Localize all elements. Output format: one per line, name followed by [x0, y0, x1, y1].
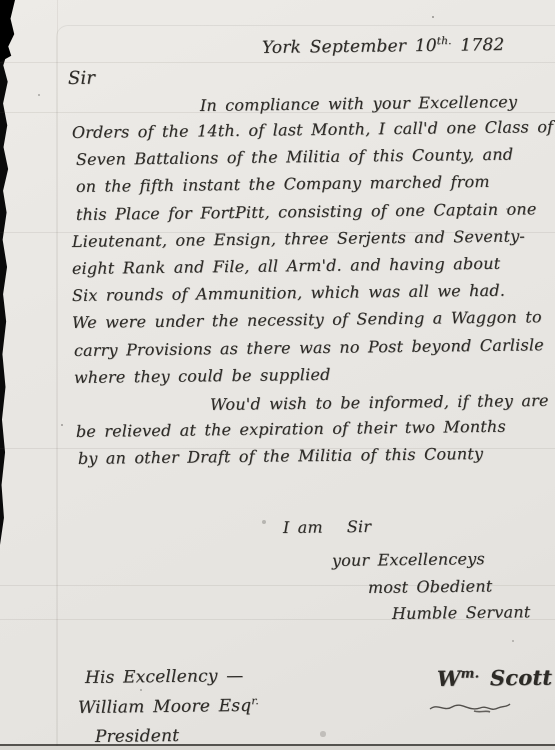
dateline-year: 1782	[460, 35, 504, 56]
body-line: Seven Battalions of the Militia of this …	[76, 145, 514, 169]
recipient-excellency: His Excellency —	[85, 666, 244, 688]
body-line: this Place for FortPitt, consisting of o…	[76, 199, 537, 224]
body-line: eight Rank and File, all Arm'd. and havi…	[72, 254, 501, 278]
paper-specks	[0, 0, 2, 2]
dateline-main: York September 10	[262, 36, 437, 58]
scanner-edge-artifact-left	[0, 0, 11, 545]
recipient-title: President	[95, 726, 180, 747]
signature: Wm. Scott	[437, 665, 553, 691]
body-line: Lieutenant, one Ensign, three Serjents a…	[72, 226, 525, 251]
body-line: Six rounds of Ammunition, which was all …	[72, 281, 505, 305]
body-line: Orders of the 14th. of last Month, I cal…	[72, 117, 554, 142]
dateline-ordinal: th.	[437, 35, 452, 47]
recipient-name-suffix: r.	[251, 695, 259, 707]
closing-sir: Sir	[347, 517, 372, 536]
closing-i-am: I am	[283, 518, 323, 537]
closing-line: most Obedient	[368, 576, 493, 597]
salutation: Sir	[68, 68, 96, 89]
scanner-edge-artifact-top-left	[0, 0, 15, 62]
scanner-edge-strip-bottom	[0, 746, 555, 750]
signature-initial: W	[437, 666, 461, 691]
body-line: In compliance with your Excellencey	[200, 92, 517, 115]
signature-flourish	[428, 699, 512, 715]
dateline: York September 10th. 1782	[262, 35, 505, 58]
recipient-name-main: William Moore Esq	[78, 696, 252, 718]
closing-i-am-sir: I amSir	[283, 517, 371, 537]
body-line: Wou'd wish to be informed, if they are t…	[210, 391, 555, 414]
body-line: carry Provisions as there was no Post be…	[74, 335, 544, 360]
body-line: be relieved at the expiration of their t…	[76, 417, 506, 441]
closing-line: your Excellenceys	[332, 549, 485, 570]
recipient-name: William Moore Esqr.	[78, 696, 259, 718]
signature-surname: Scott	[490, 665, 553, 691]
body-line: by an other Draft of the Militia of this…	[78, 444, 484, 468]
closing-line: Humble Servant	[392, 602, 531, 623]
body-line: on the fifth instant the Company marched…	[76, 172, 490, 196]
signature-sup: m.	[461, 666, 480, 681]
scan-streak	[0, 62, 555, 63]
letter-scan-page: York September 10th. 1782 Sir In complia…	[0, 0, 555, 750]
body-line: where they could be supplied	[74, 365, 331, 387]
body-line: We were under the necessity of Sending a…	[72, 307, 542, 332]
